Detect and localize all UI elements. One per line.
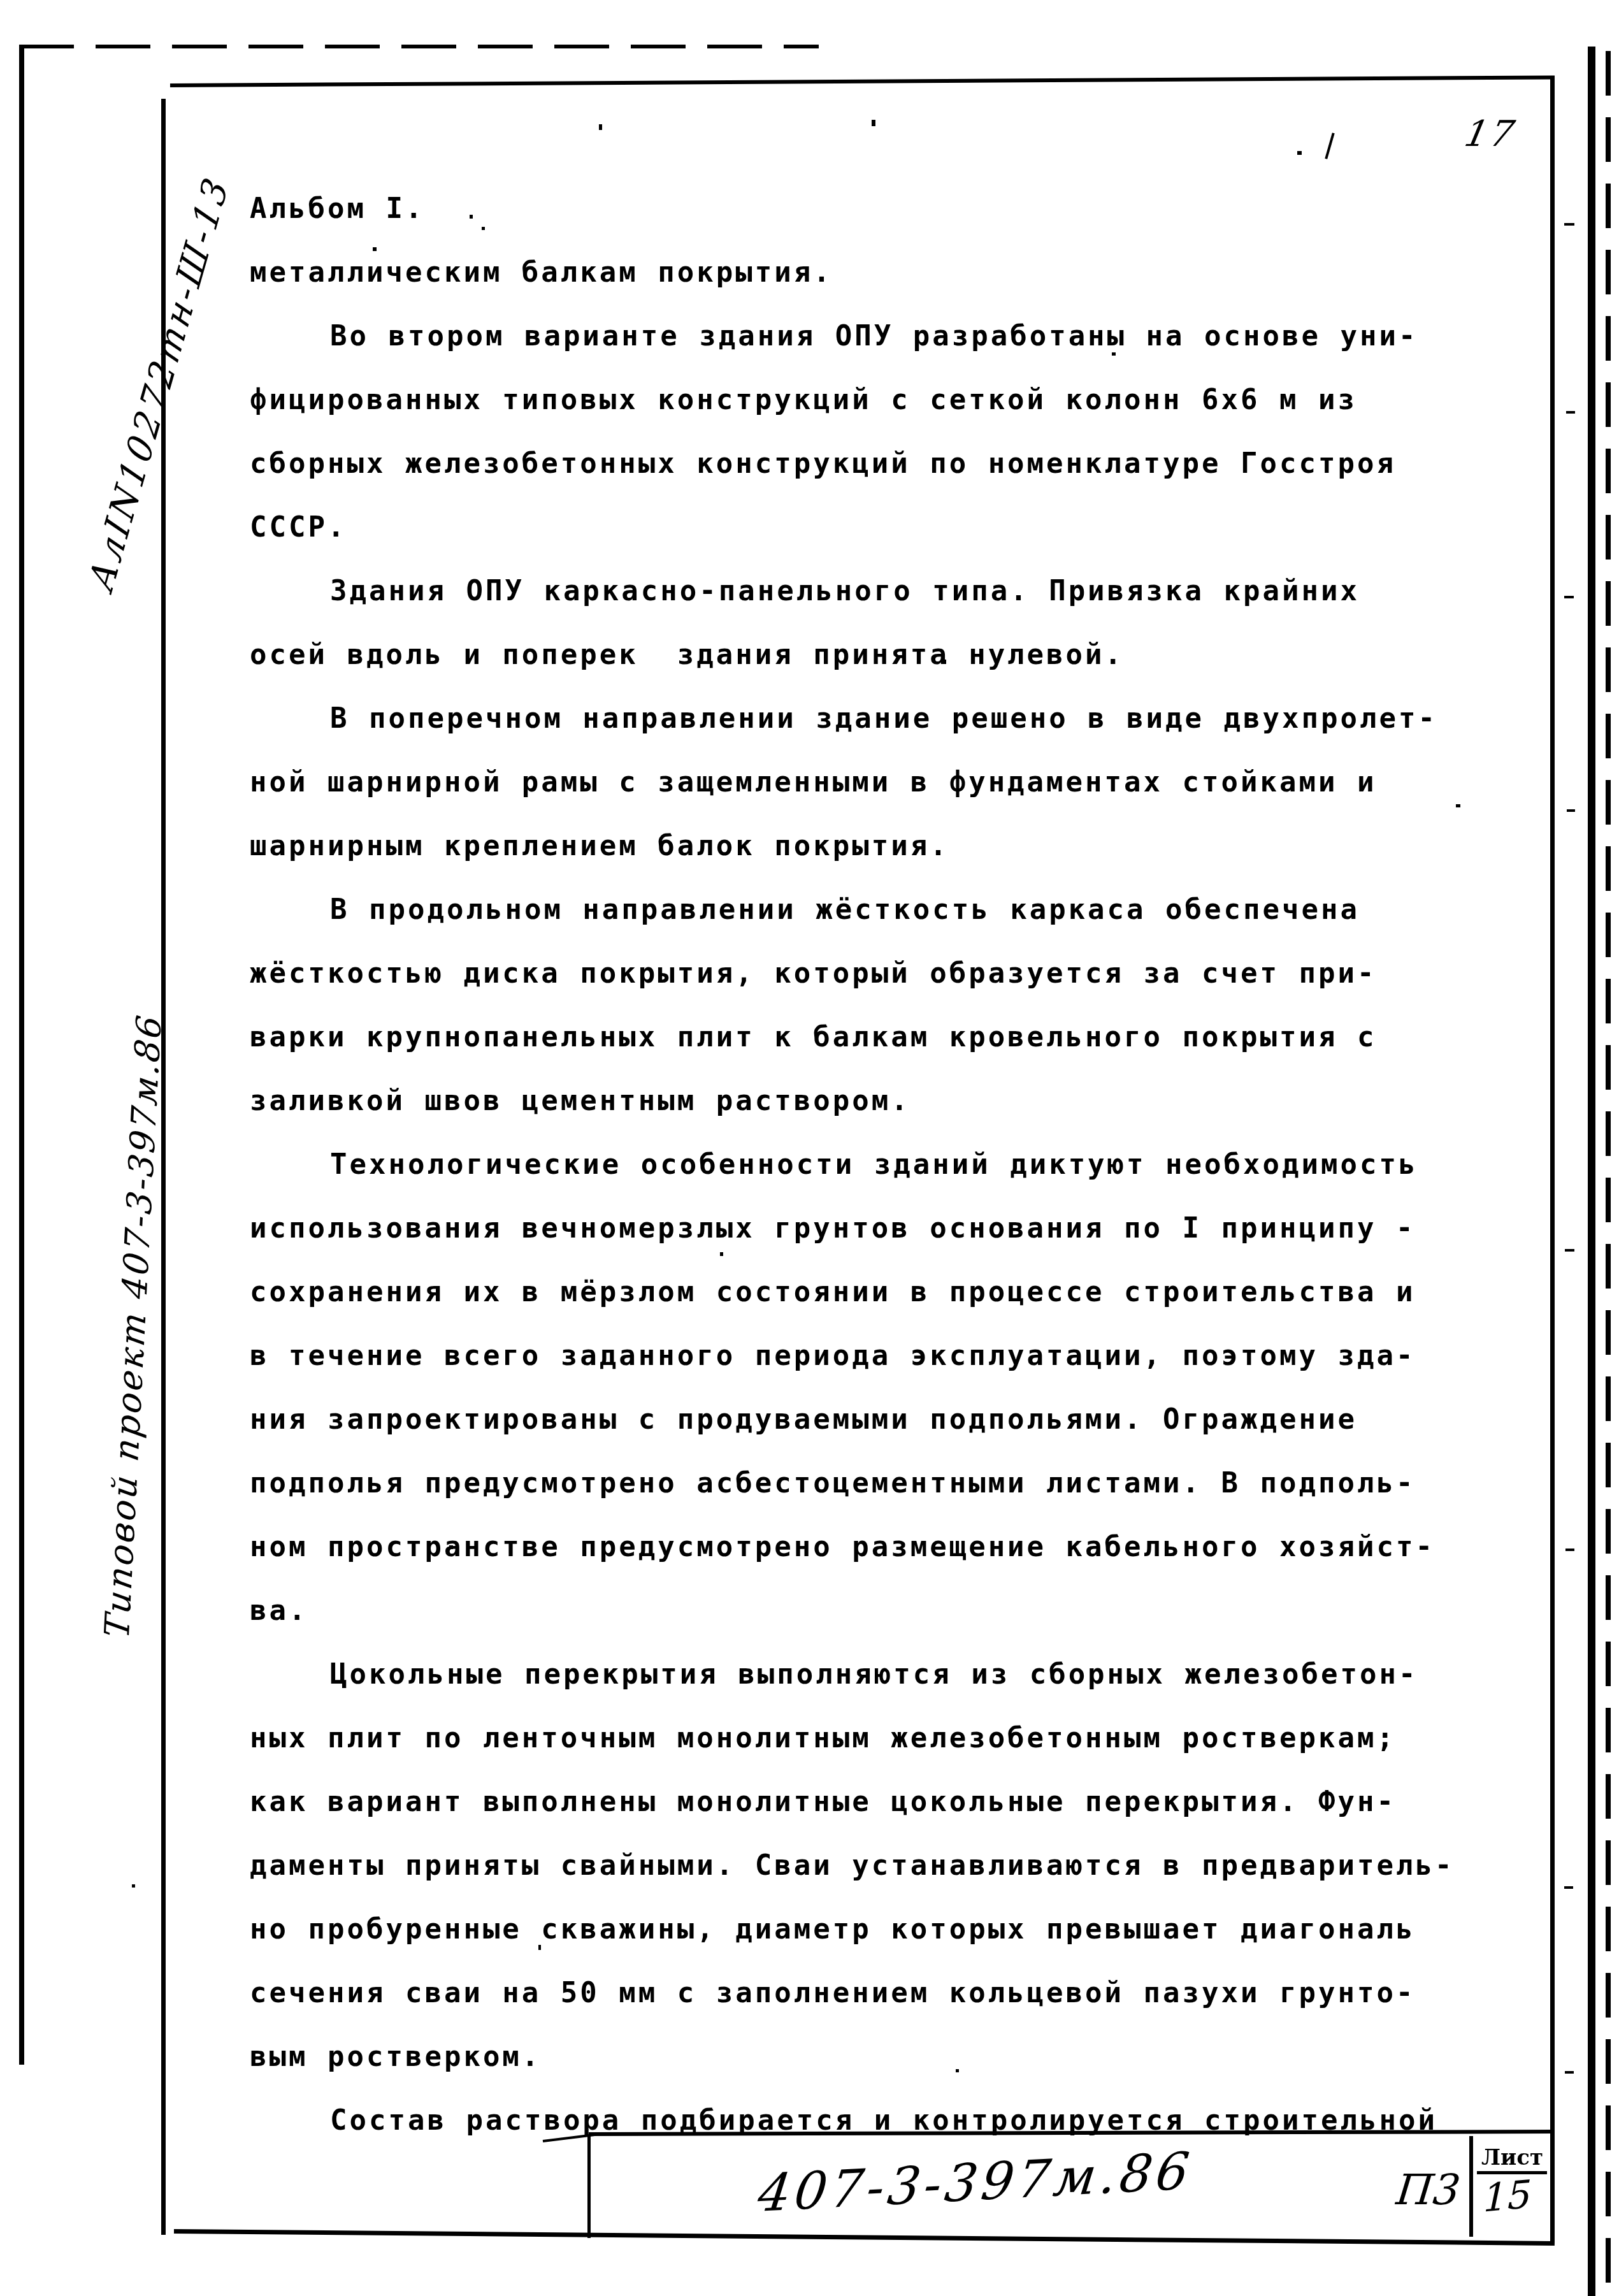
text-line: ной шарнирной рамы с защемленными в фунд… bbox=[250, 766, 1376, 804]
titleblock-document-code: П3 bbox=[1394, 2165, 1463, 2214]
frame-right-border bbox=[1550, 76, 1555, 2242]
scan-speck bbox=[1297, 151, 1302, 155]
text-line: фицированных типовых конструкций с сетко… bbox=[250, 384, 1357, 422]
text-line: шарнирным креплением балок покрытия. bbox=[250, 830, 949, 868]
top-dashed-scan-line bbox=[19, 45, 819, 48]
text-line: сечения сваи на 50 мм с заполнением коль… bbox=[250, 1977, 1415, 2015]
text-line: Цокольные перекрытия выполняются из сбор… bbox=[330, 1658, 1418, 1696]
text-line: В продольном направлении жёсткость карка… bbox=[330, 893, 1360, 932]
scan-speck bbox=[132, 1884, 135, 1888]
text-line: в течение всего заданного периода эксплу… bbox=[250, 1339, 1415, 1378]
titleblock-project-code: 407-3-397м.86 bbox=[755, 2141, 1196, 2223]
outer-right-edge-marks bbox=[1606, 51, 1611, 2294]
text-line: жёсткостью диска покрытия, который образ… bbox=[250, 957, 1376, 995]
text-line: но пробуренные скважины, диаметр которых… bbox=[250, 1913, 1415, 1951]
scan-speck bbox=[1566, 411, 1575, 414]
sheet-number: 15 bbox=[1483, 2172, 1532, 2221]
text-line: вым ростверком. bbox=[250, 2040, 541, 2079]
page-number: 17 bbox=[1461, 113, 1520, 155]
text-line: сохранения их в мёрзлом состоянии в проц… bbox=[250, 1276, 1415, 1314]
outer-left-border bbox=[19, 47, 24, 2065]
scan-speck bbox=[538, 1945, 541, 1950]
scan-speck bbox=[943, 660, 946, 664]
text-line: Во втором варианте здания ОПУ разработан… bbox=[330, 320, 1418, 358]
frame-top-line bbox=[170, 75, 1555, 87]
sheet-label: Лист bbox=[1481, 2145, 1543, 2170]
scan-speck bbox=[449, 1545, 453, 1549]
text-line: сборных железобетонных конструкций по но… bbox=[250, 447, 1396, 486]
text-line: использования вечномерзлых грунтов основ… bbox=[250, 1212, 1415, 1250]
text-line: подполья предусмотрено асбестоцементными… bbox=[250, 1467, 1415, 1505]
text-line: даменты приняты свайными. Сваи устанавли… bbox=[250, 1849, 1454, 1888]
text-line: В поперечном направлении здание решено в… bbox=[330, 702, 1437, 740]
text-line: осей вдоль и поперек здания принята нуле… bbox=[250, 639, 1124, 677]
text-line: Технологические особенности зданий дикту… bbox=[330, 1148, 1418, 1187]
text-line: ных плит по ленточным монолитным железоб… bbox=[250, 1722, 1396, 1760]
titleblock-left-border bbox=[587, 2135, 591, 2238]
scan-speck bbox=[1112, 352, 1116, 356]
scan-speck bbox=[1325, 133, 1334, 159]
scan-speck bbox=[599, 124, 602, 130]
text-line: заливкой швов цементным раствором. bbox=[250, 1085, 910, 1123]
text-line: ния запроектированы с продуваемыми подпо… bbox=[250, 1403, 1357, 1441]
scan-speck bbox=[1565, 2071, 1574, 2074]
text-line: СССР. bbox=[250, 511, 347, 549]
scan-speck bbox=[956, 2069, 959, 2072]
scan-speck bbox=[1565, 1549, 1574, 1551]
scan-speck bbox=[872, 120, 875, 126]
scan-speck bbox=[1564, 1886, 1573, 1889]
text-line: Здания ОПУ каркасно-панельного типа. При… bbox=[330, 575, 1360, 613]
outer-right-border bbox=[1588, 47, 1595, 2296]
scan-speck bbox=[1564, 223, 1574, 226]
scanned-document-page: 407-3-397м.86 П3 Лист 15 17 АлIN10272тн-… bbox=[0, 0, 1619, 2296]
scan-speck bbox=[1564, 596, 1574, 598]
scan-speck bbox=[1567, 809, 1575, 812]
scan-speck bbox=[470, 215, 473, 219]
text-line: Альбом I. bbox=[250, 192, 424, 231]
scan-speck bbox=[720, 1252, 723, 1256]
text-line: ва. bbox=[250, 1594, 308, 1633]
scan-speck bbox=[1565, 1249, 1574, 1252]
text-line: как вариант выполнены монолитные цокольн… bbox=[250, 1786, 1396, 1824]
text-line: металлическим балкам покрытия. bbox=[250, 256, 833, 294]
frame-bottom-line bbox=[174, 2229, 1555, 2246]
titleblock-sheet-divider bbox=[1469, 2136, 1473, 2237]
margin-inventory-note: АлIN10272тн-Ш-13 bbox=[82, 170, 238, 597]
scan-speck bbox=[1456, 804, 1460, 807]
text-line: Состав раствора подбирается и контролиру… bbox=[330, 2104, 1437, 2142]
text-line: ном пространстве предусмотрено размещени… bbox=[250, 1531, 1435, 1569]
text-line: варки крупнопанельных плит к балкам кров… bbox=[250, 1021, 1376, 1059]
scan-speck bbox=[373, 247, 377, 251]
scan-speck bbox=[482, 227, 485, 230]
margin-project-note: Типовой проект 407-3-397м.86 bbox=[97, 1011, 169, 1641]
